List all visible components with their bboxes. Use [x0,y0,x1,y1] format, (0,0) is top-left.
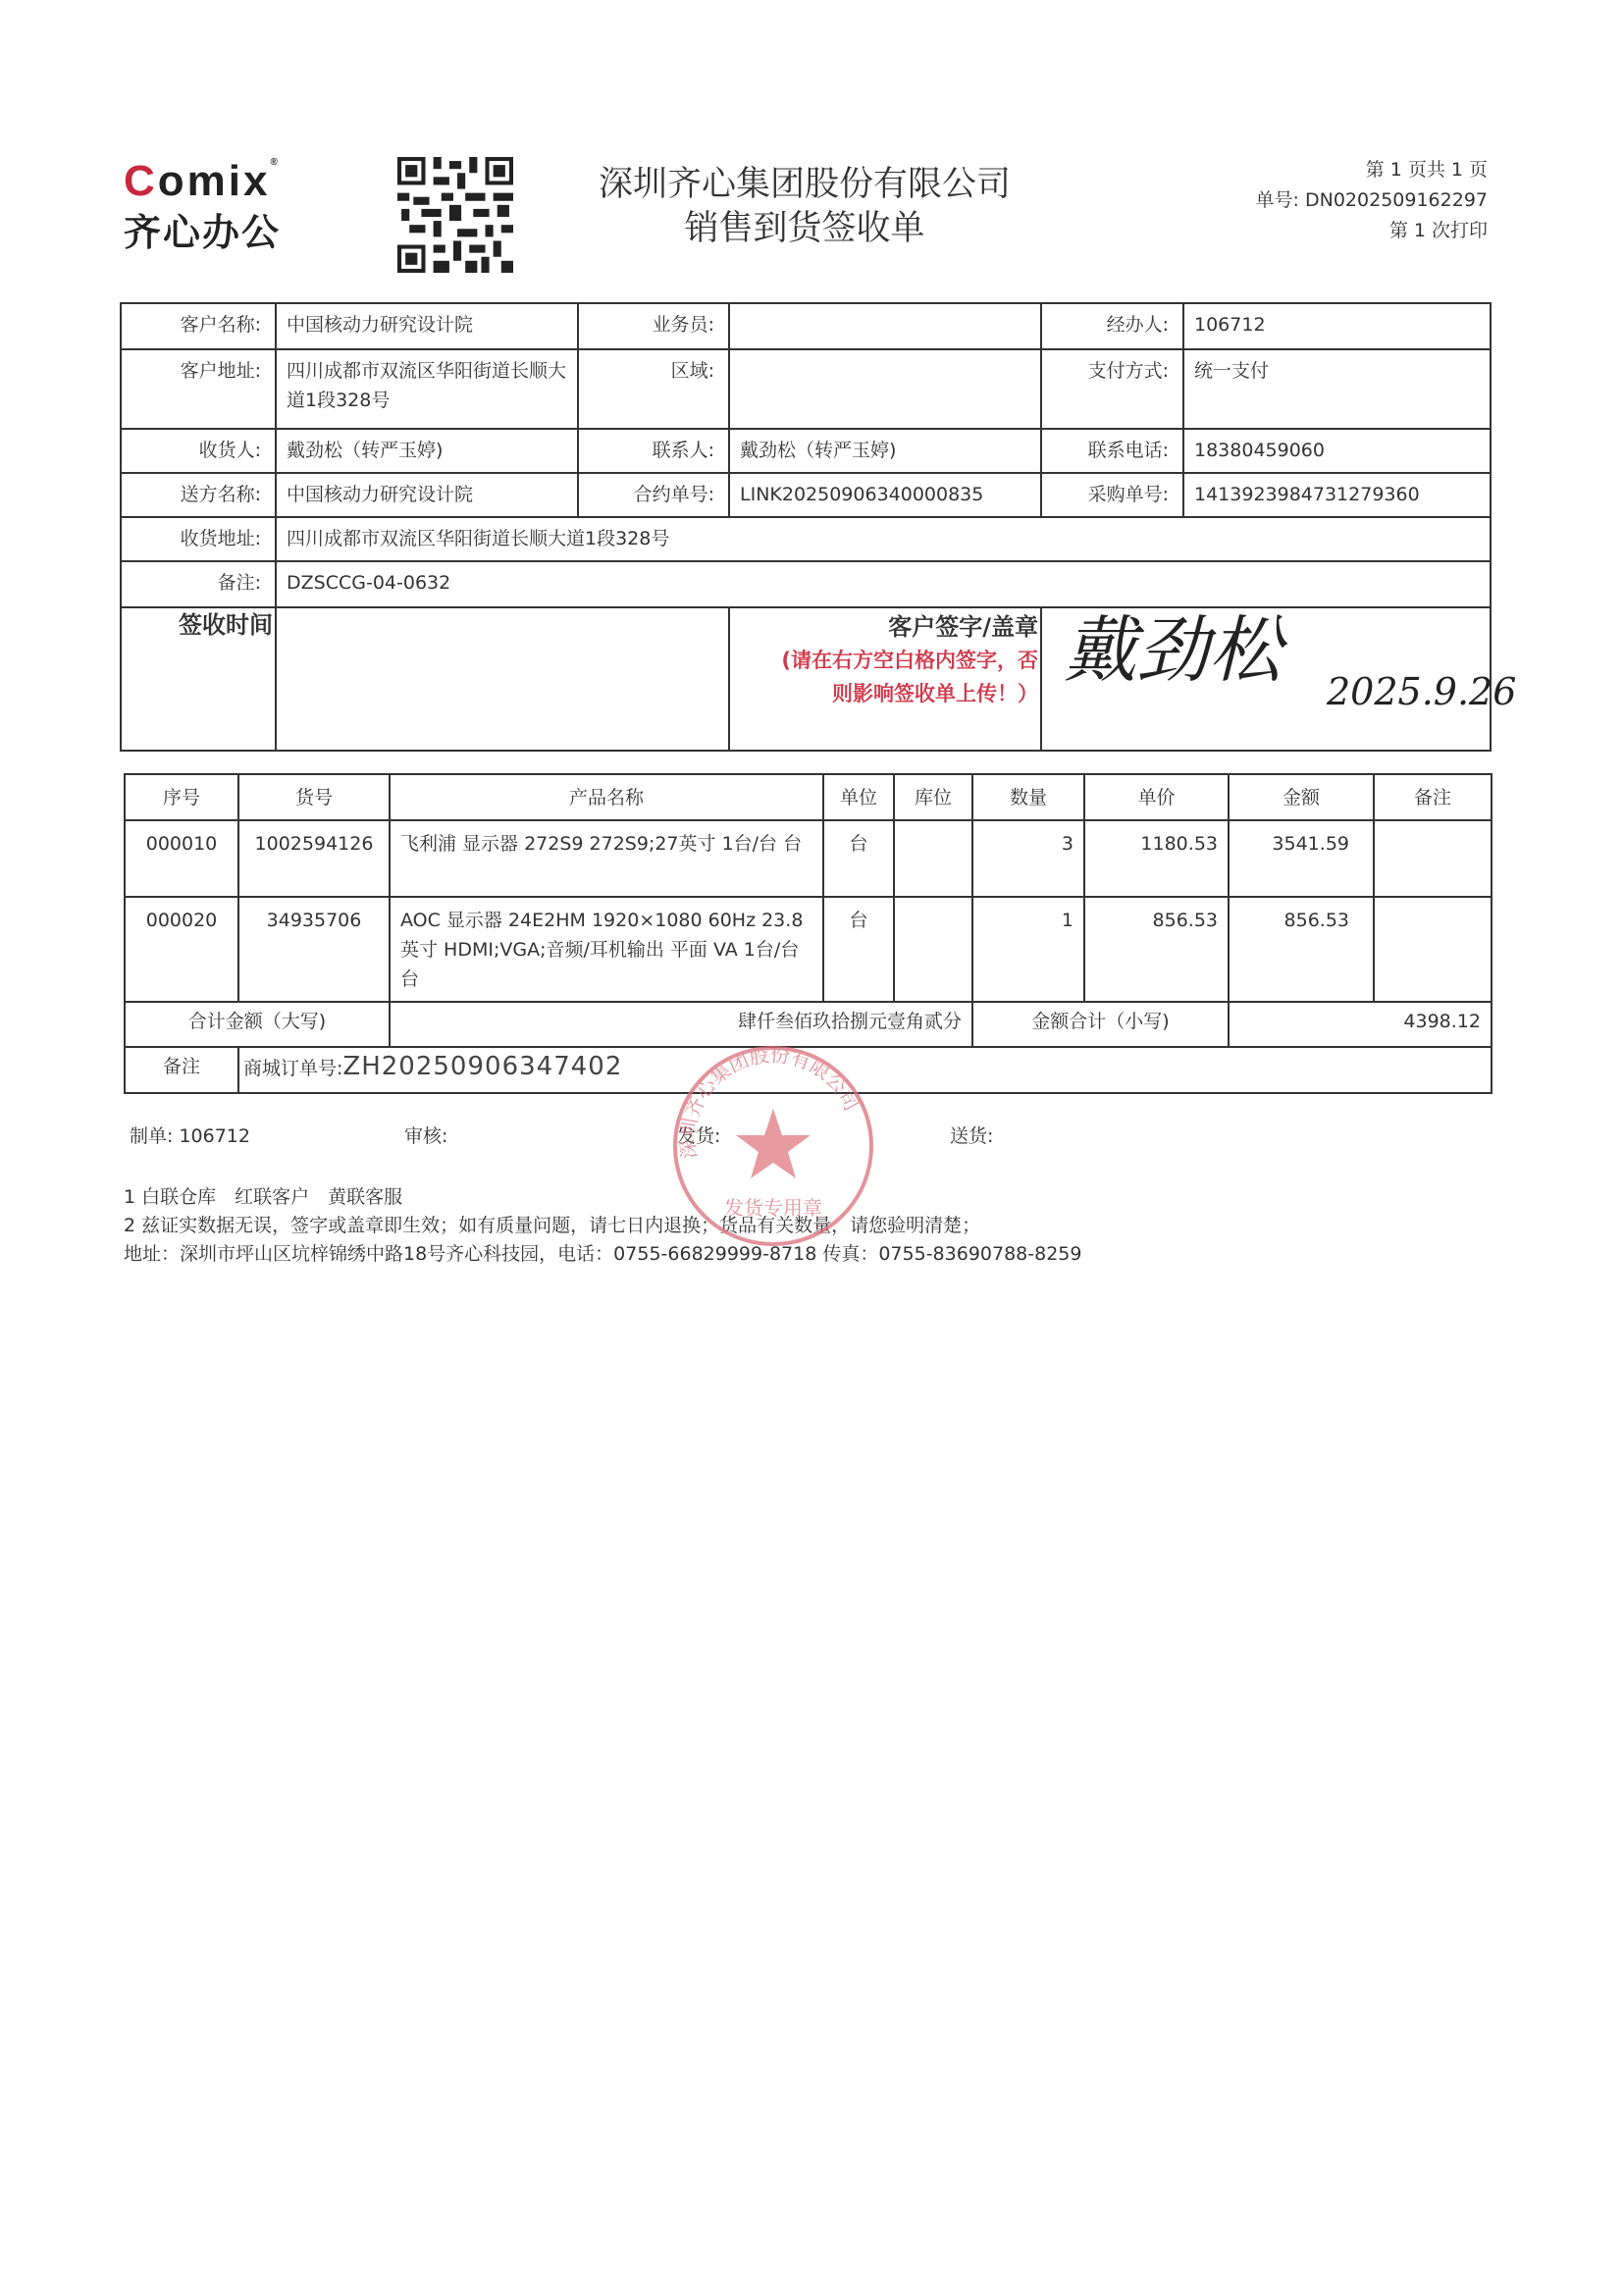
payment-label: 支付方式: [1041,349,1183,429]
phone-label: 联系电话: [1041,429,1183,473]
col-location: 库位 [894,774,972,820]
item-amount: 856.53 [1229,897,1374,1002]
item-location [894,820,972,897]
item-location [894,897,972,1002]
contract-no-label: 合约单号: [578,473,729,517]
copy-note: 1 白联仓库 红联客户 黄联客服 [124,1182,402,1209]
document-title: 销售到货签收单 [579,201,1030,250]
delivery-address-label: 收货地址: [121,517,276,561]
company-name: 深圳齐心集团股份有限公司 [579,157,1030,206]
sender-name: 中国核动力研究设计院 [276,473,578,517]
total-lower: 4398.12 [1229,1002,1492,1047]
remark: DZSCCG-04-0632 [276,561,1491,607]
customer-name: 中国核动力研究设计院 [276,303,578,349]
handler: 106712 [1183,303,1491,349]
item-qty: 3 [972,820,1084,897]
col-amount: 金额 [1229,774,1374,820]
contact-label: 联系人: [578,429,729,473]
sign-time-field[interactable] [276,607,729,751]
logo-cn: 齐心办公 [124,202,281,256]
purchase-no: 1413923984731279360 [1183,473,1491,517]
col-qty: 数量 [972,774,1084,820]
handler-label: 经办人: [1041,303,1183,349]
order-number-value: DN0202509162297 [1305,189,1488,211]
customer-address: 四川成都市双流区华阳街道长顺大道1段328号 [276,349,578,429]
col-unit: 单位 [823,774,894,820]
col-seq: 序号 [125,774,238,820]
qr-code-icon [397,157,513,273]
item-price: 1180.53 [1084,820,1229,897]
delivery-address: 四川成都市双流区华阳街道长顺大道1段328号 [276,517,1491,561]
comix-logo: Comix® [124,157,281,206]
item-price: 856.53 [1084,897,1229,1002]
sign-time-label: 签收时间 [121,607,276,751]
company-address: 地址：深圳市坪山区坑梓锦绣中路18号齐心科技园，电话：0755-66829999… [124,1239,1081,1266]
col-remark: 备注 [1374,774,1492,820]
item-seq: 000020 [125,897,238,1002]
sign-note-line1: (请在右方空白格内签字，否 [740,644,1038,677]
logo-text: omix [158,157,271,205]
item-name: AOC 显示器 24E2HM 1920×1080 60Hz 23.8英寸 HDM… [390,897,823,1002]
item-remark [1374,820,1492,897]
sign-instructions: 客户签字/盖章 (请在右方空白格内签字，否 则影响签收单上传！） [729,607,1041,751]
company-seal-stamp: 深圳齐心集团股份有限公司 发货专用章 [667,1040,879,1252]
customer-sign-label: 客户签字/盖章 [740,610,1038,644]
contact: 戴劲松（转严玉婷) [729,429,1041,473]
item-name: 飞利浦 显示器 272S9 272S9;27英寸 1台/台 台 [390,820,823,897]
table-row: 000010 1002594126 飞利浦 显示器 272S9 272S9;27… [125,820,1492,897]
contract-no: LINK20250906340000835 [729,473,1041,517]
print-count: 第 1 次打印 [1389,216,1488,242]
total-upper-label: 合计金额（大写) [125,1002,390,1047]
phone: 18380459060 [1183,429,1491,473]
deliver-label: 送货: [950,1122,993,1148]
handwritten-signature: 戴劲松 [1064,636,1282,665]
page-info: 第 1 页共 1 页 [1366,155,1488,182]
customer-name-label: 客户名称: [121,303,276,349]
region-label: 区域: [578,349,729,429]
remark-label: 备注: [121,561,276,607]
signature-field[interactable]: 戴劲松 2025.9.26 [1041,607,1491,751]
order-number-label: 单号: [1256,189,1299,211]
item-sku: 1002594126 [238,820,390,897]
item-amount: 3541.59 [1229,820,1374,897]
consignee: 戴劲松（转严玉婷) [276,429,578,473]
consignee-label: 收货人: [121,429,276,473]
order-remark-label: 备注 [125,1047,238,1093]
col-price: 单价 [1084,774,1229,820]
item-qty: 1 [972,897,1084,1002]
item-unit: 台 [823,820,894,897]
customer-address-label: 客户地址: [121,349,276,429]
purchase-no-label: 采购单号: [1041,473,1183,517]
table-row: 000020 34935706 AOC 显示器 24E2HM 1920×1080… [125,897,1492,1002]
salesperson [729,303,1041,349]
maker: 制单: 106712 [130,1122,250,1148]
sender-name-label: 送方名称: [121,473,276,517]
handwritten-date: 2025.9.26 [1327,677,1516,706]
review-label: 审核: [404,1122,447,1148]
svg-text:发货专用章: 发货专用章 [724,1196,822,1220]
item-unit: 台 [823,897,894,1002]
customer-info-table: 客户名称: 中国核动力研究设计院 业务员: 经办人: 106712 客户地址: … [120,302,1492,752]
order-number: 单号: DN0202509162297 [1256,185,1488,212]
mall-order-label: 商城订单号: [243,1058,342,1079]
item-sku: 34935706 [238,897,390,1002]
item-remark [1374,897,1492,1002]
col-sku: 货号 [238,774,390,820]
mall-order-number: ZH20250906347402 [342,1052,622,1081]
payment-method: 统一支付 [1183,349,1491,429]
sign-note-line2: 则影响签收单上传！） [740,677,1038,710]
maker-value: 106712 [179,1125,250,1147]
maker-label: 制单: [130,1125,173,1147]
region [729,349,1041,429]
salesperson-label: 业务员: [578,303,729,349]
col-product-name: 产品名称 [390,774,823,820]
total-lower-label: 金额合计（小写) [972,1002,1229,1047]
item-seq: 000010 [125,820,238,897]
